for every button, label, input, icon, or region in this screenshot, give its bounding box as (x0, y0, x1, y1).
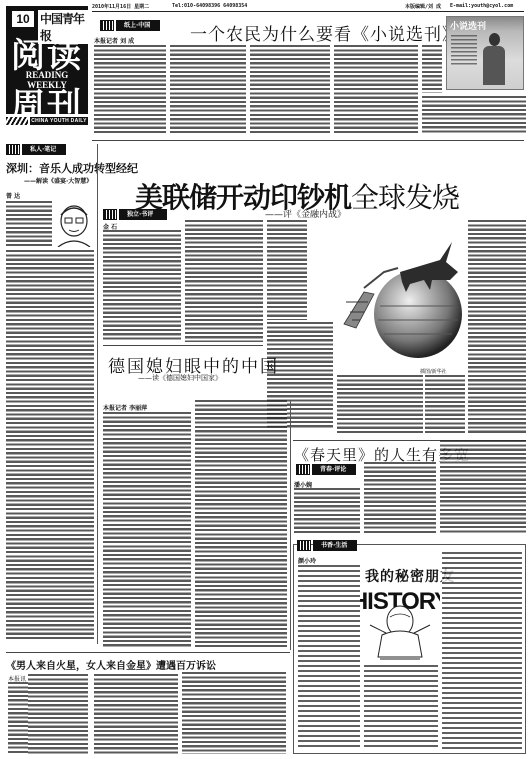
contact-email: E-mail:youth@cyol.com (450, 3, 513, 9)
image-caption-fed: 插图/新华社 (420, 368, 447, 375)
bull-globe-illustration (340, 232, 470, 362)
headline-novel-selection[interactable]: 一个农民为什么要看《小说选刊》 (190, 20, 460, 45)
page-editor: 本版编辑/刘 成 (405, 3, 441, 10)
headline-mars-venus[interactable]: 《男人来自火星，女人来自金星》遭遇百万诉讼 (6, 657, 216, 672)
subhead-fed-printing: ——评《金融内战》 (265, 207, 346, 220)
magazine-cover-image: 小说选刊 (446, 16, 524, 90)
byline-novel: 本报记者 刘 成 (94, 36, 134, 45)
issue-date: 2010年11月16日 星期二 (92, 3, 149, 10)
section-logo-icon (6, 144, 20, 155)
section-logo-icon (103, 209, 117, 220)
header-rule (92, 11, 524, 12)
stripes-decoration (6, 117, 28, 125)
byline-shenzhen: 曾 达 (6, 191, 20, 200)
article-body-text (422, 45, 442, 93)
article-body-text (442, 552, 522, 750)
article-body-text (170, 45, 246, 133)
article-body-text (185, 220, 263, 342)
article-body-text (298, 565, 360, 750)
section-divider (6, 652, 290, 653)
cover-person (483, 33, 505, 85)
contact-phone: Tel:010-64098396 64098354 (172, 3, 247, 9)
column-divider (290, 400, 291, 650)
section-logo-icon (296, 464, 310, 475)
headline-shenzhen-music[interactable]: 深圳：音乐人成功转型经纪 (6, 160, 138, 176)
article-body-text (364, 665, 438, 750)
article-body-text (334, 45, 418, 133)
article-body-text (103, 230, 181, 342)
masthead: 10 中国青年报 阅读 READING WEEKLY 周刊 (6, 6, 88, 114)
section-divider (103, 345, 263, 346)
article-body-text (103, 412, 191, 647)
publisher-bar: CHINA YOUTH DAILY (6, 117, 88, 125)
article-body-text (8, 682, 28, 754)
article-body-text (182, 672, 286, 754)
page-number: 10 (12, 11, 34, 27)
article-body-text (337, 375, 423, 435)
publisher-name: CHINA YOUTH DAILY (30, 117, 88, 125)
article-body-text (267, 220, 307, 320)
article-body-text (6, 201, 52, 247)
article-body-text (364, 462, 436, 534)
byline-german-wife: 本报记者 李丽萍 (103, 403, 147, 412)
subhead-german-wife: ——读《德国媳妇中国家》 (138, 373, 222, 383)
article-body-text (440, 440, 526, 534)
section-logo-icon (297, 540, 311, 551)
byline-secret-friend: 颜小玲 (298, 556, 316, 565)
article-body-text (195, 400, 287, 647)
article-body-text (468, 220, 526, 435)
article-body-text (6, 250, 94, 640)
author-portrait (52, 201, 96, 247)
article-body-text (294, 488, 360, 534)
article-body-text (422, 96, 526, 133)
article-body-text (94, 674, 178, 754)
section-logo-icon (100, 20, 114, 31)
subhead-shenzhen-music: ——解读《盛宴·大智慧》 (24, 176, 92, 185)
article-body-text (94, 45, 166, 133)
history-illustration: HISTORY (360, 585, 440, 663)
article-body-text (28, 674, 88, 754)
column-divider (97, 144, 98, 644)
article-body-text (250, 45, 330, 133)
section-divider (92, 140, 524, 141)
article-body-text (425, 375, 465, 435)
